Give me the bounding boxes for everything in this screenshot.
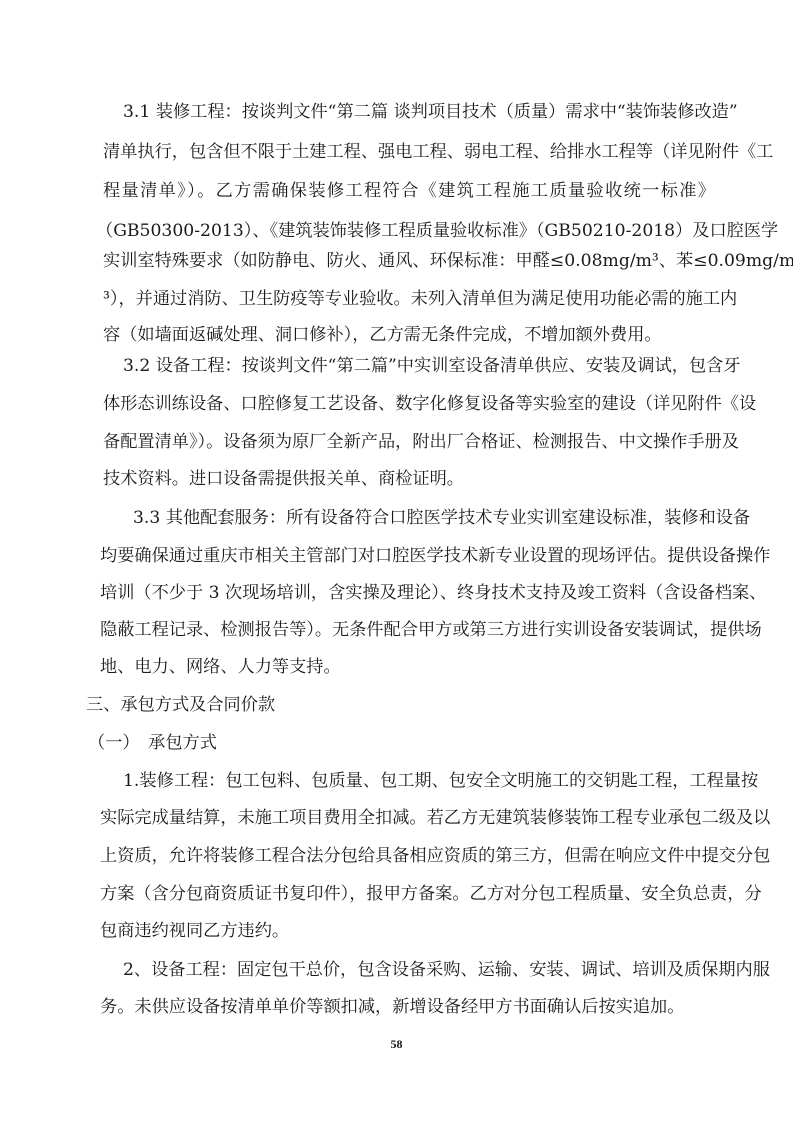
page-number: 58	[0, 1037, 793, 1052]
clause-2-line-2: 务。未供应设备按清单单价等额扣减，新增设备经甲方书面确认后按实追加。	[100, 997, 715, 1017]
document-page: 3.1 装修工程：按谈判文件“第二篇 谈判项目技术（质量）需求中“装饰装修改造”…	[0, 0, 793, 1122]
section-3-2-line-4: 技术资料。进口设备需提供报关单、商检证明。	[103, 469, 715, 489]
section-3-1-line-5: 实训室特殊要求（如防静电、防火、通风、环保标准：甲醛≤0.08mg/m³、苯≤0…	[103, 251, 715, 271]
clause-2-line-1: 2、设备工程：固定包干总价，包含设备采购、运输、安装、调试、培训及质保期内服	[123, 960, 715, 980]
clause-1-line-5: 包商违约视同乙方违约。	[100, 921, 715, 941]
clause-1-line-3: 上资质，允许将装修工程合法分包给具备相应资质的第三方，但需在响应文件中提交分包	[100, 846, 715, 866]
clause-1-line-1: 1.装修工程：包工包料、包质量、包工期、包安全文明施工的交钥匙工程，工程量按	[123, 771, 715, 791]
section-3-1-line-7: 容（如墙面返碱处理、洞口修补），乙方需无条件完成，不增加额外费用。	[103, 325, 715, 345]
section-3-3-line-3: 培训（不少于 3 次现场培训，含实操及理论）、终身技术支持及竣工资料（含设备档案…	[100, 583, 715, 603]
section-3-3-line-5: 地、电力、网络、人力等支持。	[100, 657, 715, 677]
clause-1-line-4: 方案（含分包商资质证书复印件），报甲方备案。乙方对分包工程质量、安全负总责，分	[100, 884, 715, 904]
clause-1-line-2: 实际完成量结算，未施工项目费用全扣减。若乙方无建筑装修装饰工程专业承包二级及以	[100, 808, 715, 828]
section-3-3-line-1: 3.3 其他配套服务：所有设备符合口腔医学技术专业实训室建设标准，装修和设备	[133, 508, 715, 528]
section-3-1-line-6: ³），并通过消防、卫生防疫等专业验收。未列入清单但为满足使用功能必需的施工内	[103, 289, 715, 309]
section-3-2-line-1: 3.2 设备工程：按谈判文件“第二篇”中实训室设备清单供应、安装及调试，包含牙	[123, 356, 715, 376]
section-3-2-line-2: 体形态训练设备、口腔修复工艺设备、数字化修复设备等实验室的建设（详见附件《设	[103, 394, 715, 414]
section-heading-3: 三、承包方式及合同价款	[86, 695, 275, 715]
section-3-1-line-1: 3.1 装修工程：按谈判文件“第二篇 谈判项目技术（质量）需求中“装饰装修改造”	[123, 102, 715, 122]
section-3-3-line-2: 均要确保通过重庆市相关主管部门对口腔医学技术新专业设置的现场评估。提供设备操作	[100, 546, 715, 566]
section-3-1-line-2: 清单执行，包含但不限于土建工程、强电工程、弱电工程、给排水工程等（详见附件《工	[103, 142, 715, 162]
section-3-1-line-3: 程量清单》）。乙方需确保装修工程符合《建筑工程施工质量验收统一标准》	[103, 181, 715, 201]
section-3-2-line-3: 备配置清单》）。设备须为原厂全新产品，附出厂合格证、检测报告、中文操作手册及	[103, 432, 715, 452]
section-3-1-line-4: （GB50300-2013）、《建筑装饰装修工程质量验收标准》（GB50210-…	[96, 221, 715, 241]
section-3-3-line-4: 隐蔽工程记录、检测报告等）。无条件配合甲方或第三方进行实训设备安装调试，提供场	[100, 620, 715, 640]
subheading-contracting-method: （一） 承包方式	[88, 733, 217, 753]
